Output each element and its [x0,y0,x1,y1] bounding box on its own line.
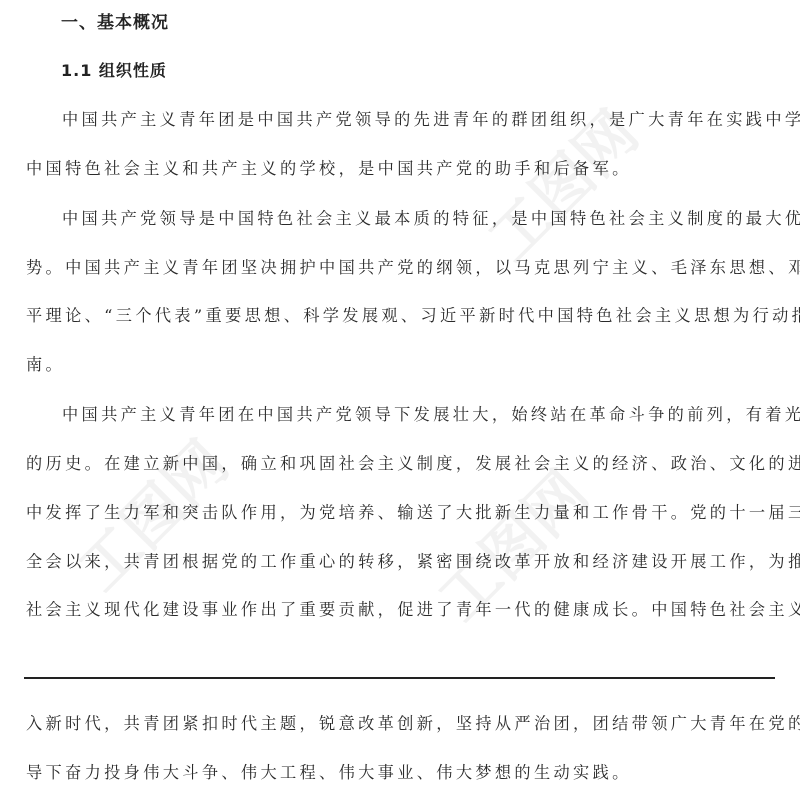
paragraph-line: 中国共产主义青年团是中国共产党领导的先进青年的群团组织，是广大青年在实践中学习 [62,110,774,130]
paragraph-line: 中发挥了生力军和突击队作用，为党培养、输送了大批新生力量和工作骨干。党的十一届三… [26,503,774,523]
paragraph-line: 平理论、“三个代表”重要思想、科学发展观、习近平新时代中国特色社会主义思想为行动… [26,306,774,326]
paragraph-line: 中国特色社会主义和共产主义的学校，是中国共产党的助手和后备军。 [26,159,774,179]
section-heading: 一、基本概况 [61,8,169,33]
paragraph-line: 全会以来，共青团根据党的工作重心的转移，紧密围绕改革开放和经济建设开展工作，为推… [26,552,774,572]
paragraph-line: 社会主义现代化建设事业作出了重要贡献，促进了青年一代的健康成长。中国特色社会主义… [26,600,774,620]
paragraph-line: 势。中国共产主义青年团坚决拥护中国共产党的纲领，以马克思列宁主义、毛泽东思想、邓… [26,258,774,278]
paragraph-line: 导下奋力投身伟大斗争、伟大工程、伟大事业、伟大梦想的生动实践。 [26,763,774,783]
paragraph-line: 中国共产党领导是中国特色社会主义最本质的特征，是中国特色社会主义制度的最大优 [62,209,774,229]
paragraph-line: 南。 [26,355,774,375]
page-divider [24,677,775,679]
subsection-heading: 1.1 组织性质 [61,58,167,81]
paragraph-line: 的历史。在建立新中国，确立和巩固社会主义制度，发展社会主义的经济、政治、文化的进… [26,454,774,474]
paragraph-line: 入新时代，共青团紧扣时代主题，锐意改革创新，坚持从严治团，团结带领广大青年在党的… [26,714,774,734]
document-page: 工图网 工图网 工图网 一、基本概况 1.1 组织性质 中国共产主义青年团是中国… [0,0,800,800]
paragraph-line: 中国共产主义青年团在中国共产党领导下发展壮大，始终站在革命斗争的前列，有着光荣 [62,405,774,425]
